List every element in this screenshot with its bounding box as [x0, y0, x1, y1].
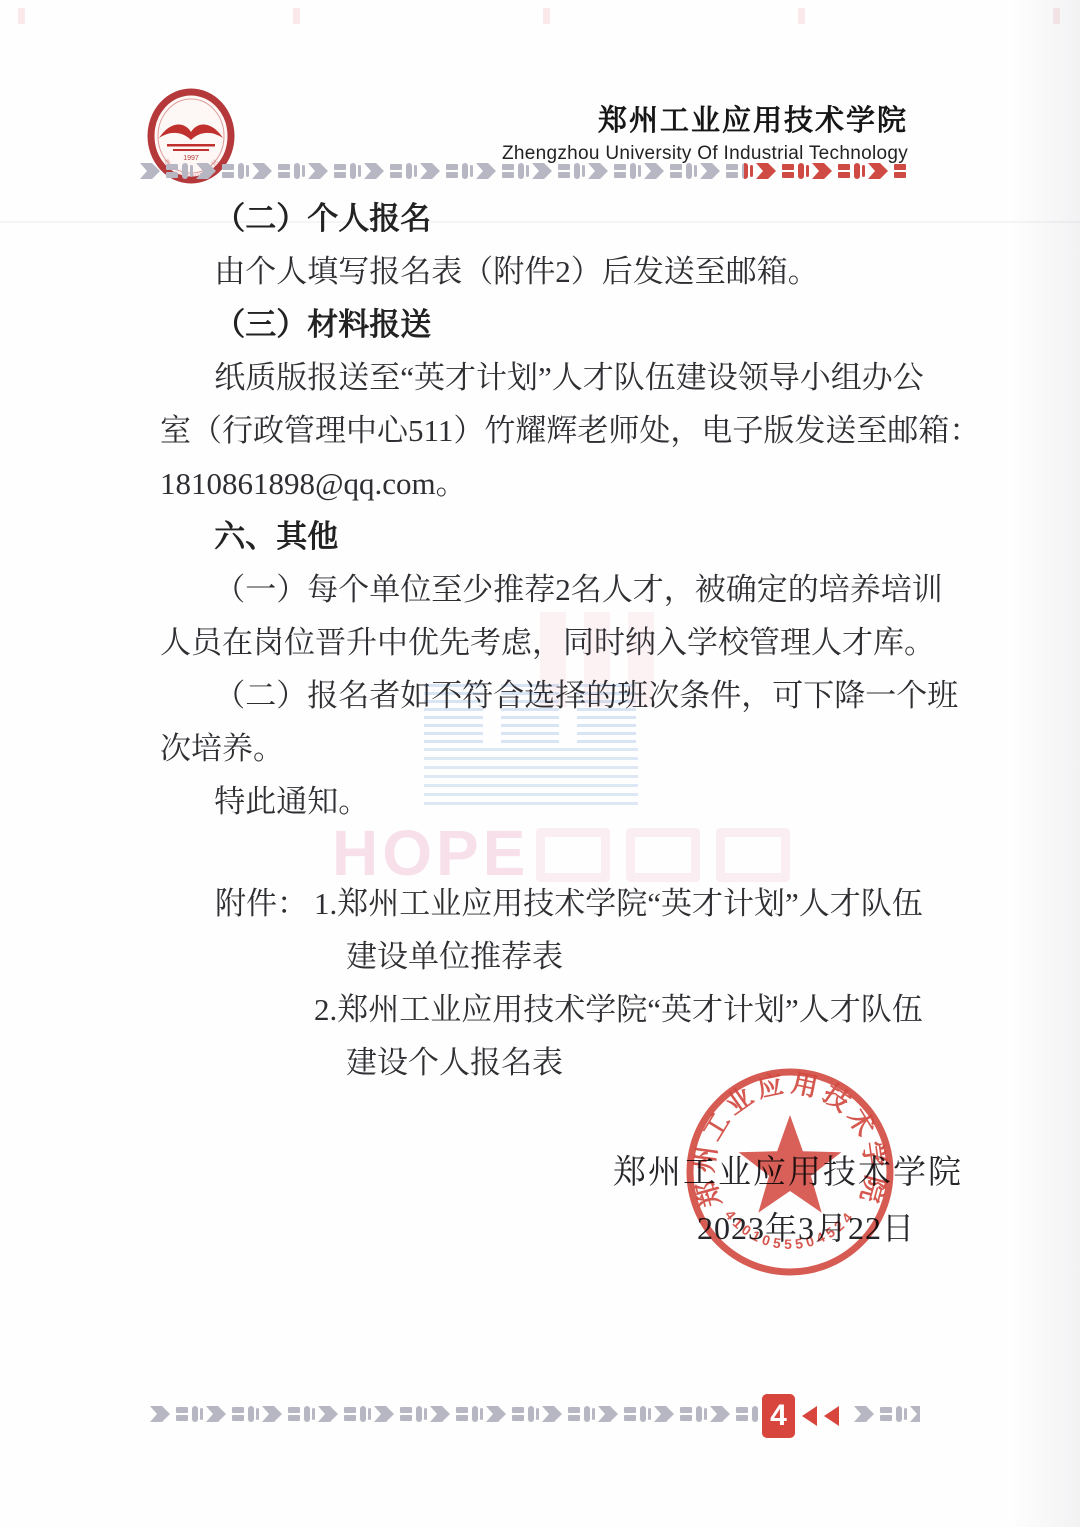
document-page: 1997 郑州工业应用技术学院 郑州工业应用技术学院 Zhengzhou Uni… — [0, 0, 1080, 1527]
attachment-item: 1.郑州工业应用技术学院“英才计划”人才队伍 — [314, 877, 923, 930]
footer-divider-chain — [150, 1404, 758, 1424]
scan-edge-shadow — [1010, 0, 1080, 1527]
left-arrow-icon — [824, 1406, 839, 1426]
attachment-item: 2.郑州工业应用技术学院“英才计划”人才队伍 — [314, 983, 923, 1036]
attachment-item-cont: 建设单位推荐表 — [314, 930, 923, 983]
body-line: （二）报名者如不符合选择的班次条件，可下降一个班 — [160, 669, 930, 722]
body-line: 纸质版报送至“英才计划”人才队伍建设领导小组办公 — [160, 351, 930, 404]
section-heading: （三）材料报送 — [160, 298, 930, 351]
scan-artifact — [798, 8, 805, 24]
body-line: 特此通知。 — [160, 775, 930, 828]
body-line: 室（行政管理中心511）竹耀辉老师处，电子版发送至邮箱： — [160, 404, 930, 457]
left-arrow-icon — [802, 1406, 817, 1426]
scan-artifact — [18, 8, 25, 24]
svg-text:4101055504524: 4101055504524 — [722, 1207, 858, 1252]
page-number-badge: 4 — [762, 1394, 795, 1438]
school-name-zh: 郑州工业应用技术学院 — [502, 98, 908, 139]
footer-divider-chain-end — [854, 1404, 920, 1424]
body-line: 由个人填写报名表（附件2）后发送至邮箱。 — [160, 245, 930, 298]
attachments-label: 附件： — [215, 877, 308, 1089]
body-line: （一）每个单位至少推荐2名人才，被确定的培养培训 — [160, 563, 930, 616]
section-heading: （二）个人报名 — [160, 192, 930, 245]
header-divider-chain — [140, 161, 906, 181]
email-text: 1810861898@qq.com。 — [160, 457, 930, 510]
body-line: 次培养。 — [160, 722, 930, 775]
header-school-names: 郑州工业应用技术学院 Zhengzhou University Of Indus… — [502, 98, 908, 165]
watermark-faded-letters — [536, 828, 790, 882]
document-body: （二）个人报名 由个人填写报名表（附件2）后发送至邮箱。 （三）材料报送 纸质版… — [160, 192, 930, 828]
scan-artifact — [293, 8, 300, 24]
official-seal-stamp: 郑州工业应用技术学院 4101055504524 — [675, 1057, 905, 1287]
section-heading: 六、其他 — [160, 510, 930, 563]
seal-star-icon — [739, 1115, 842, 1213]
scan-artifact — [543, 8, 550, 24]
body-line: 人员在岗位晋升中优先考虑，同时纳入学校管理人才库。 — [160, 616, 930, 669]
